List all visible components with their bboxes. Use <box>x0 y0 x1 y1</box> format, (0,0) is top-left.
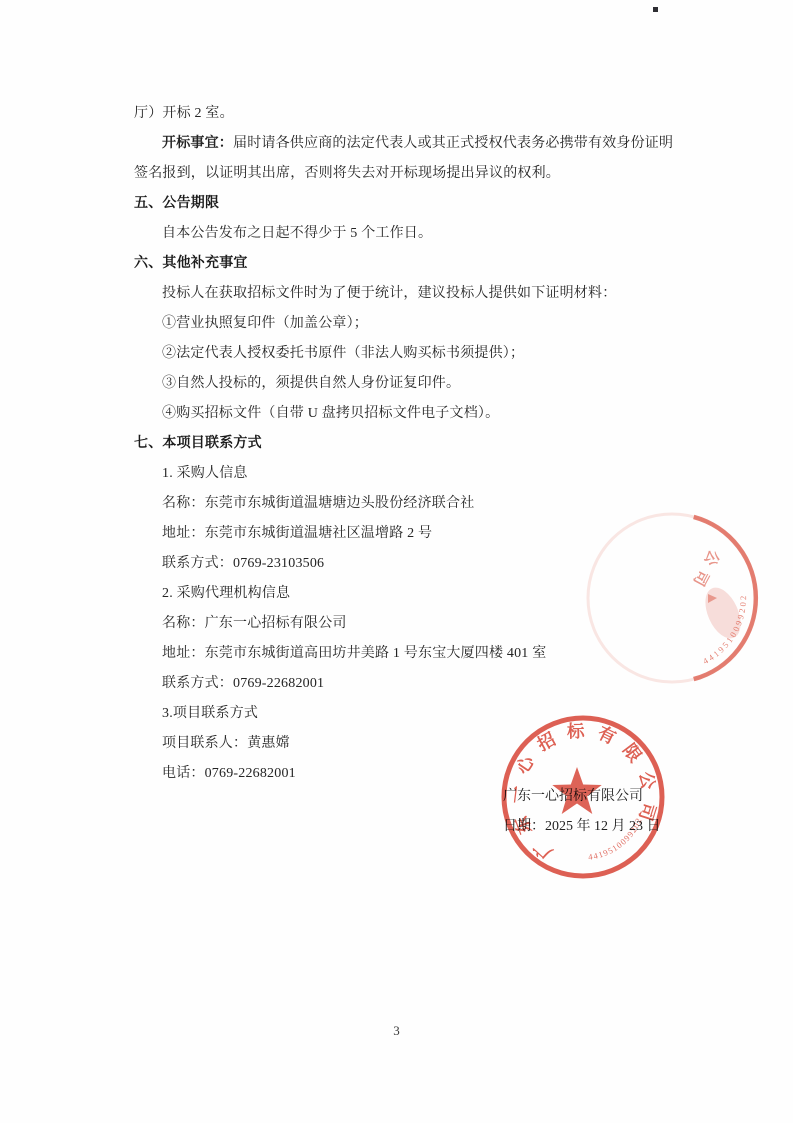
edge-seal-serial-number: 4419510099202 <box>701 593 748 666</box>
ln-announcement-period: 自本公告发布之日起不得少于 5 个工作日。 <box>134 219 679 249</box>
document-body: 厅）开标 2 室。 开标事宜：届时请各供应商的法定代表人或其正式授权代表务必携带… <box>134 99 679 789</box>
ln-purchaser-address: 地址：东莞市东城街道温塘社区温增路 2 号 <box>134 519 679 549</box>
svg-text:4419510099202: 4419510099202 <box>701 593 748 666</box>
ln-supplementary-intro: 投标人在获取招标文件时为了便于统计，建议投标人提供如下证明材料： <box>134 279 679 309</box>
ln-agency-title: 2. 采购代理机构信息 <box>134 579 679 609</box>
bid-opening-label: 开标事宜： <box>162 136 233 151</box>
edge-seal-chars: 公司 <box>686 547 723 596</box>
ln-purchaser-title: 1. 采购人信息 <box>134 459 679 489</box>
ln-agency-name: 名称：广东一心招标有限公司 <box>134 609 679 639</box>
ln-bid-opening-notes: 开标事宜：届时请各供应商的法定代表人或其正式授权代表务必携带有效身份证明 <box>134 129 679 159</box>
ln-bid-opening-notes-cont: 签名报到，以证明其出席，否则将失去对开标现场提出异议的权利。 <box>134 159 679 189</box>
signature-date: 日期：2025 年 12 月 23 日 <box>503 812 661 842</box>
heading-announcement-period: 五、公告期限 <box>134 189 679 219</box>
document-page: 厅）开标 2 室。 开标事宜：届时请各供应商的法定代表人或其正式授权代表务必携带… <box>0 0 793 1123</box>
ln-material-3: ③自然人投标的，须提供自然人身份证复印件。 <box>134 369 679 399</box>
ln-purchaser-name: 名称：东莞市东城街道温塘塘边头股份经济联合社 <box>134 489 679 519</box>
bid-opening-text: 届时请各供应商的法定代表人或其正式授权代表务必携带有效身份证明 <box>233 136 673 151</box>
ln-room: 厅）开标 2 室。 <box>134 99 679 129</box>
signature-company: 广东一心招标有限公司 <box>503 782 661 812</box>
edge-seal-mark <box>708 594 717 603</box>
signature-block: 广东一心招标有限公司 日期：2025 年 12 月 23 日 <box>503 782 661 842</box>
ln-agency-phone: 联系方式：0769-22682001 <box>134 669 679 699</box>
heading-contact-info: 七、本项目联系方式 <box>134 429 679 459</box>
ln-material-1: ①营业执照复印件（加盖公章）； <box>134 309 679 339</box>
ln-material-4: ④购买招标文件（自带 U 盘拷贝招标文件电子文档）。 <box>134 399 679 429</box>
scan-artifact-dot <box>653 7 658 12</box>
ln-material-2: ②法定代表人授权委托书原件（非法人购买标书须提供）； <box>134 339 679 369</box>
edge-seal-smudge <box>698 582 747 644</box>
page-number: 3 <box>0 1023 793 1039</box>
ln-project-contact-title: 3.项目联系方式 <box>134 699 679 729</box>
ln-agency-address: 地址：东莞市东城街道高田坊井美路 1 号东宝大厦四楼 401 室 <box>134 639 679 669</box>
heading-supplementary: 六、其他补充事宜 <box>134 249 679 279</box>
edge-seal-arc <box>694 517 756 679</box>
ln-purchaser-phone: 联系方式：0769-23103506 <box>134 549 679 579</box>
ln-project-contact-person: 项目联系人：黄惠嫦 <box>134 729 679 759</box>
